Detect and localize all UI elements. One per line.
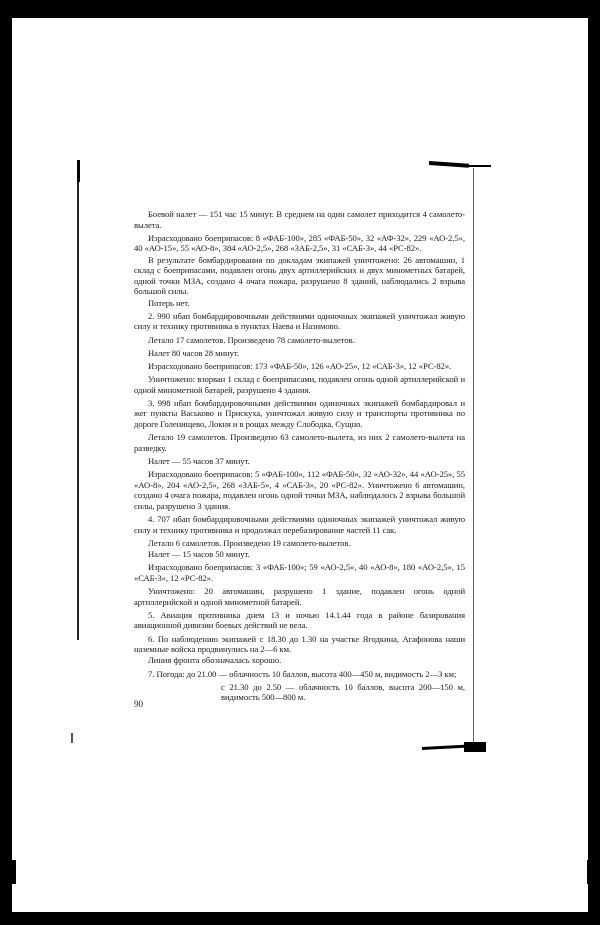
paragraph: Израсходовано боеприпасов: 5 «ФАБ-100», … xyxy=(134,469,465,511)
paragraph: 6. По наблюдению экипажей с 18.30 до 1.3… xyxy=(134,634,465,655)
paragraph: 7. Погода: до 21.00 — облачность 10 балл… xyxy=(134,669,465,680)
fold-mark-left-top xyxy=(77,160,80,182)
paragraph: Израсходовано боеприпасов: 8 «ФАБ-100», … xyxy=(134,233,465,254)
fold-mark-left-bottom xyxy=(71,733,73,743)
paragraph: Уничтожено: 20 автомашин, разрушено 1 зд… xyxy=(134,586,465,607)
page-number: 90 xyxy=(134,699,143,709)
fold-mark-right-bottom-head xyxy=(464,742,486,752)
paragraph: Потерь нет. xyxy=(134,298,465,309)
paragraph: 2. 990 нбап бомбардировочными действиями… xyxy=(134,311,465,332)
fold-line-right xyxy=(473,168,474,748)
paragraph: Налет — 55 часов 37 минут. xyxy=(134,456,465,467)
paragraph: Летало 17 самолетов. Произведено 78 само… xyxy=(134,335,465,346)
document-body: Боевой налет — 151 час 15 минут. В средн… xyxy=(134,209,465,706)
paragraph: В результате бомбардирования по докладам… xyxy=(134,255,465,297)
paragraph: Летало 19 самолетов. Произведено 63 само… xyxy=(134,432,465,453)
paragraph: Налет — 15 часов 50 минут. xyxy=(134,549,465,560)
scan-border-bottom xyxy=(0,912,600,925)
paragraph: Линия фронта обозначалась хорошо. xyxy=(134,655,465,666)
paragraph: 4. 707 нбап бомбардировочными действиями… xyxy=(134,514,465,535)
paragraph: с 21.30 до 2.50 — облачность 10 баллов, … xyxy=(221,682,465,703)
scan-artifact-bottom-left xyxy=(0,860,16,884)
paragraph: Израсходовано боеприпасов: 173 «ФАБ-50»,… xyxy=(134,361,465,372)
paragraph: Летало 6 самолетов. Произведено 19 самол… xyxy=(134,538,465,549)
fold-mark-right-top-tail xyxy=(465,165,491,167)
fold-line-left xyxy=(77,160,79,640)
paragraph: Боевой налет — 151 час 15 минут. В средн… xyxy=(134,209,465,230)
paragraph: 5. Авиация противника днем 13 и ночью 14… xyxy=(134,610,465,631)
scan-artifact-bottom-right xyxy=(587,860,600,884)
paragraph: Налет 80 часов 28 минут. xyxy=(134,348,465,359)
paragraph: 3. 998 нбап бомбардировочными действиями… xyxy=(134,398,465,430)
paragraph: Израсходовано боеприпасов: 3 «ФАБ-100»; … xyxy=(134,562,465,583)
paragraph: Уничтожено: взорван 1 склад с боеприпаса… xyxy=(134,374,465,395)
